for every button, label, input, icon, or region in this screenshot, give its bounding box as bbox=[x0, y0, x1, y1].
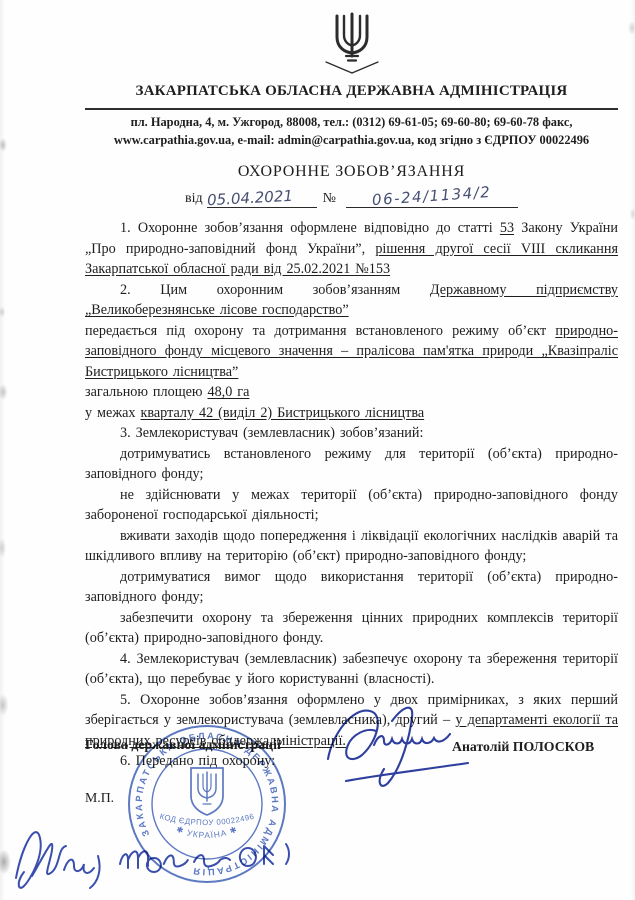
p2-enterprise-name-underlined: „Великоберезнянське лісове господарство” bbox=[85, 302, 349, 318]
date-label: від bbox=[185, 191, 203, 206]
p2-enterprise-type-underlined: Державному підприємству bbox=[430, 282, 618, 298]
paragraph-3-head: 3. Землекористувач (землевласник) зобов’… bbox=[85, 423, 618, 444]
paragraph-3-item-3: вживати заходів щодо попередження і лікв… bbox=[85, 526, 618, 567]
number-label: № bbox=[323, 191, 336, 206]
paragraph-2-area: загальною площею 48,0 га bbox=[85, 382, 618, 403]
paragraph-2-location: у межах кварталу 42 (виділ 2) Бистрицько… bbox=[85, 403, 618, 424]
p2-text: 2. Цим охоронним зобов’язанням bbox=[120, 282, 430, 298]
seal-place-mark: М.П. bbox=[85, 790, 114, 806]
number-field: 06-24/1134/2 bbox=[346, 188, 518, 208]
paragraph-2-object: передається під охорону та дотримання вс… bbox=[85, 321, 618, 383]
org-address-line1: пл. Народна, 4, м. Ужгород, 88008, тел.:… bbox=[85, 113, 618, 131]
header-divider bbox=[85, 108, 618, 110]
date-field: 05.04.2021 bbox=[207, 188, 317, 208]
ukraine-trident-emblem-icon bbox=[320, 12, 384, 80]
p2-location-label: у межах bbox=[85, 405, 140, 421]
date-handwritten: 05.04.2021 bbox=[206, 187, 293, 209]
paragraph-2-enterprise: „Великоберезнянське лісове господарство” bbox=[85, 300, 618, 321]
document-page: ЗАКАРПАТСЬКА ОБЛАСНА ДЕРЖАВНА АДМІНІСТРА… bbox=[0, 0, 635, 900]
p2-transfer-text: передається під охорону та дотримання вс… bbox=[85, 323, 555, 339]
paragraph-4: 4. Землекористувач (землевласник) забезп… bbox=[85, 649, 618, 690]
paragraph-3-item-4: дотримуватися вимог щодо використання те… bbox=[85, 567, 618, 608]
paragraph-2-line1: 2. Цим охоронним зобов’язанням Державном… bbox=[85, 280, 618, 301]
org-address-line2: www.carpathia.gov.ua, e-mail: admin@carp… bbox=[85, 131, 618, 149]
document-title: ОХОРОННЕ ЗОБОВ’ЯЗАННЯ bbox=[85, 162, 618, 182]
p2-location-value-underlined: кварталу 42 (виділ 2) Бистрицького лісни… bbox=[140, 405, 424, 421]
p1-text: 1. Охоронне зобов’язання оформлене відпо… bbox=[120, 220, 500, 236]
p1-article-underlined: 53 bbox=[500, 220, 514, 236]
paragraph-3-item-1: дотримуватись встановленого режиму для т… bbox=[85, 444, 618, 485]
org-name: ЗАКАРПАТСЬКА ОБЛАСНА ДЕРЖАВНА АДМІНІСТРА… bbox=[85, 82, 618, 101]
paragraph-1: 1. Охоронне зобов’язання оформлене відпо… bbox=[85, 218, 618, 280]
date-number-line: від05.04.2021№06-24/1134/2 bbox=[85, 188, 618, 215]
paragraph-3-item-2: не здійснювати у межах території (об’єкт… bbox=[85, 485, 618, 526]
p2-area-label: загальною площею bbox=[85, 384, 207, 400]
number-handwritten: 06-24/1134/2 bbox=[372, 183, 492, 209]
paragraph-3-item-5: забезпечити охорону та збереження цінних… bbox=[85, 608, 618, 649]
p2-area-value-underlined: 48,0 га bbox=[207, 384, 249, 400]
signature-poloskov bbox=[318, 697, 493, 792]
signature-receiver bbox=[2, 806, 312, 898]
document-body: 1. Охоронне зобов’язання оформлене відпо… bbox=[85, 218, 618, 772]
